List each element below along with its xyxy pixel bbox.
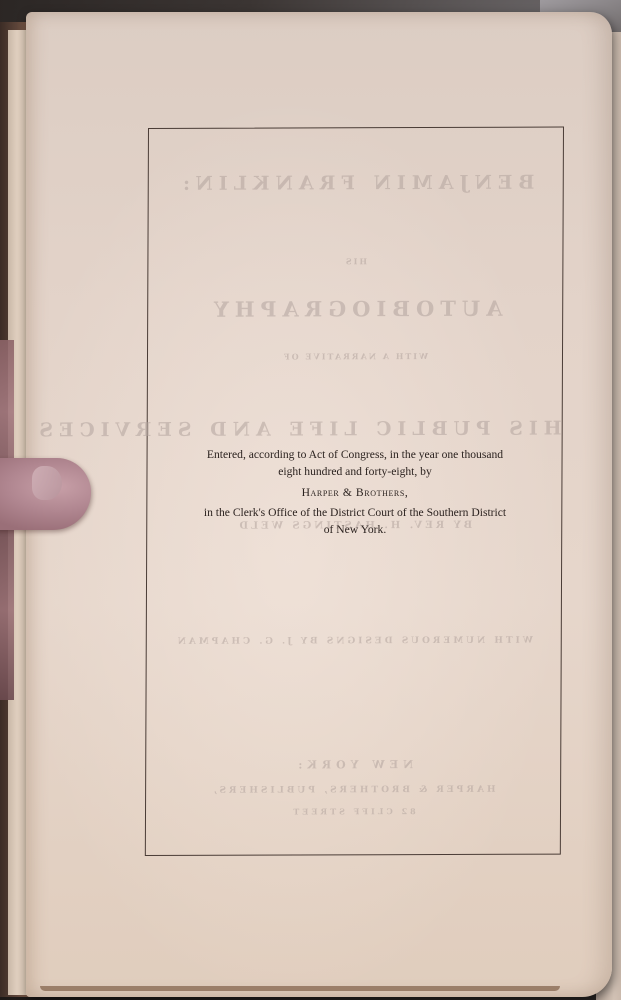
bleed-through-designs: WITH NUMEROUS DESIGNS BY J. G. CHAPMAN xyxy=(147,636,561,647)
copyright-notice: Entered, according to Act of Congress, i… xyxy=(150,446,560,538)
bleed-through-his: HIS xyxy=(148,256,562,267)
bleed-through-title: BENJAMIN FRANKLIN: xyxy=(149,172,563,195)
publisher-name: Harper & Brothers, xyxy=(150,484,560,501)
thumb-holding-page xyxy=(0,458,91,530)
copyright-line-4: in the Clerk's Office of the District Co… xyxy=(150,504,560,521)
bleed-through-narrative: WITH A NARRATIVE OF xyxy=(148,351,562,362)
bleed-through-publisher: HARPER & BROTHERS, PUBLISHERS, xyxy=(146,785,560,796)
copyright-line-2: eight hundred and forty-eight, by xyxy=(150,463,560,480)
copyright-line-1: Entered, according to Act of Congress, i… xyxy=(150,446,560,463)
bleed-through-public-life: HIS PUBLIC LIFE AND SERVICES xyxy=(148,418,562,441)
bleed-through-subtitle: AUTOBIOGRAPHY xyxy=(148,296,562,322)
bleed-through-address: 82 CLIFF STREET xyxy=(146,806,560,817)
copyright-line-5: of New York. xyxy=(150,521,560,538)
bleed-through-city: NEW YORK: xyxy=(146,758,560,772)
page-bottom-edge xyxy=(40,986,560,991)
thumbnail-nail xyxy=(32,466,62,500)
